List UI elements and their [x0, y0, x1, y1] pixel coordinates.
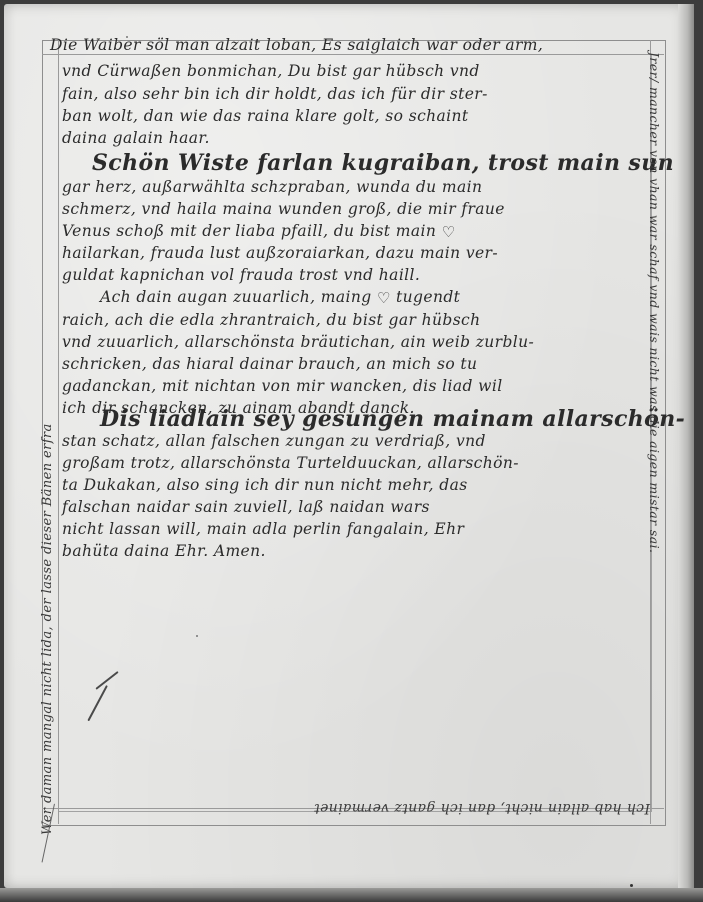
text-line: ban wolt, dan wie das raina klare golt, … — [62, 107, 469, 125]
paper-speck — [196, 635, 198, 637]
left-margin-vertical-text: Wer daman mangal nicht lida, der lasse d… — [40, 423, 55, 835]
left-rule — [58, 40, 59, 824]
page-bottom-edge — [0, 888, 703, 902]
stanza-initial: Schön Wiste farlan kugraiban, trost main… — [92, 150, 674, 176]
text-line: vnd zuuarlich, allarschönsta bräutichan,… — [62, 333, 534, 351]
text-line: hailarkan, frauda lust außzoraiarkan, da… — [62, 244, 498, 262]
text-line: nicht lassan will, main adla perlin fang… — [62, 520, 464, 538]
bottom-upside-down-text: Ich hab allain nicht, dan ich gantz verm… — [60, 800, 650, 816]
text-line: bahüta daina Ehr. Amen. — [62, 542, 266, 560]
stanza-initial: Dis liadlain sey gesungen mainam allarsc… — [100, 406, 685, 432]
text-line: schricken, das hiaral dainar brauch, an … — [62, 355, 477, 373]
paper-speck — [630, 884, 633, 887]
text-line: guldat kapnichan vol frauda trost vnd ha… — [62, 266, 420, 284]
stanza-3-first-line: Ach dain augan zuuarlich, maing ♡ tugend… — [100, 288, 460, 307]
text-line: schmerz, vnd haila maina wunden groß, di… — [62, 200, 505, 218]
scan-background: Die Waiber söl man alzait loban, Es saig… — [0, 0, 703, 902]
heart-icon: ♡ — [377, 289, 391, 307]
text-line: Die Waiber söl man alzait loban, Es saig… — [50, 36, 543, 54]
text-line: gadanckan, mit nichtan von mir wancken, … — [62, 377, 503, 395]
heart-icon: ♡ — [442, 223, 456, 241]
text-segment: tugendt — [396, 288, 460, 306]
text-line: gar herz, außarwählta schzpraban, wunda … — [62, 178, 482, 196]
text-line: falschan naidar sain zuviell, laß naidan… — [62, 498, 430, 516]
right-margin-vertical-text: Jrer/ mancher von vhan war schaf vnd wai… — [647, 52, 662, 553]
text-line: raich, ach die edla zhrantraich, du bist… — [62, 311, 481, 329]
stanza-2-first-line: Schön Wiste farlan kugraiban, trost main… — [92, 150, 674, 176]
text-line: stan schatz, allan falschen zungan zu ve… — [62, 432, 486, 450]
text-segment: Venus schoß mit der liaba pfaill, du bis… — [62, 222, 436, 240]
text-segment: Ach dain augan zuuarlich, maing — [100, 288, 372, 306]
text-line: ta Dukakan, also sing ich dir nun nicht … — [62, 476, 468, 494]
paper-speck — [126, 36, 128, 38]
book-spine-shadow — [678, 4, 694, 888]
text-line: Venus schoß mit der liaba pfaill, du bis… — [62, 222, 455, 241]
text-line: fain, also sehr bin ich dir holdt, das i… — [62, 85, 488, 103]
text-line: vnd Cürwaßen bonmichan, Du bist gar hübs… — [62, 62, 480, 80]
text-line: großam trotz, allarschönsta Turtelduucka… — [62, 454, 519, 472]
text-line: daina galain haar. — [62, 129, 210, 147]
top-rule — [42, 54, 664, 55]
stanza-4-first-line: Dis liadlain sey gesungen mainam allarsc… — [100, 406, 685, 432]
